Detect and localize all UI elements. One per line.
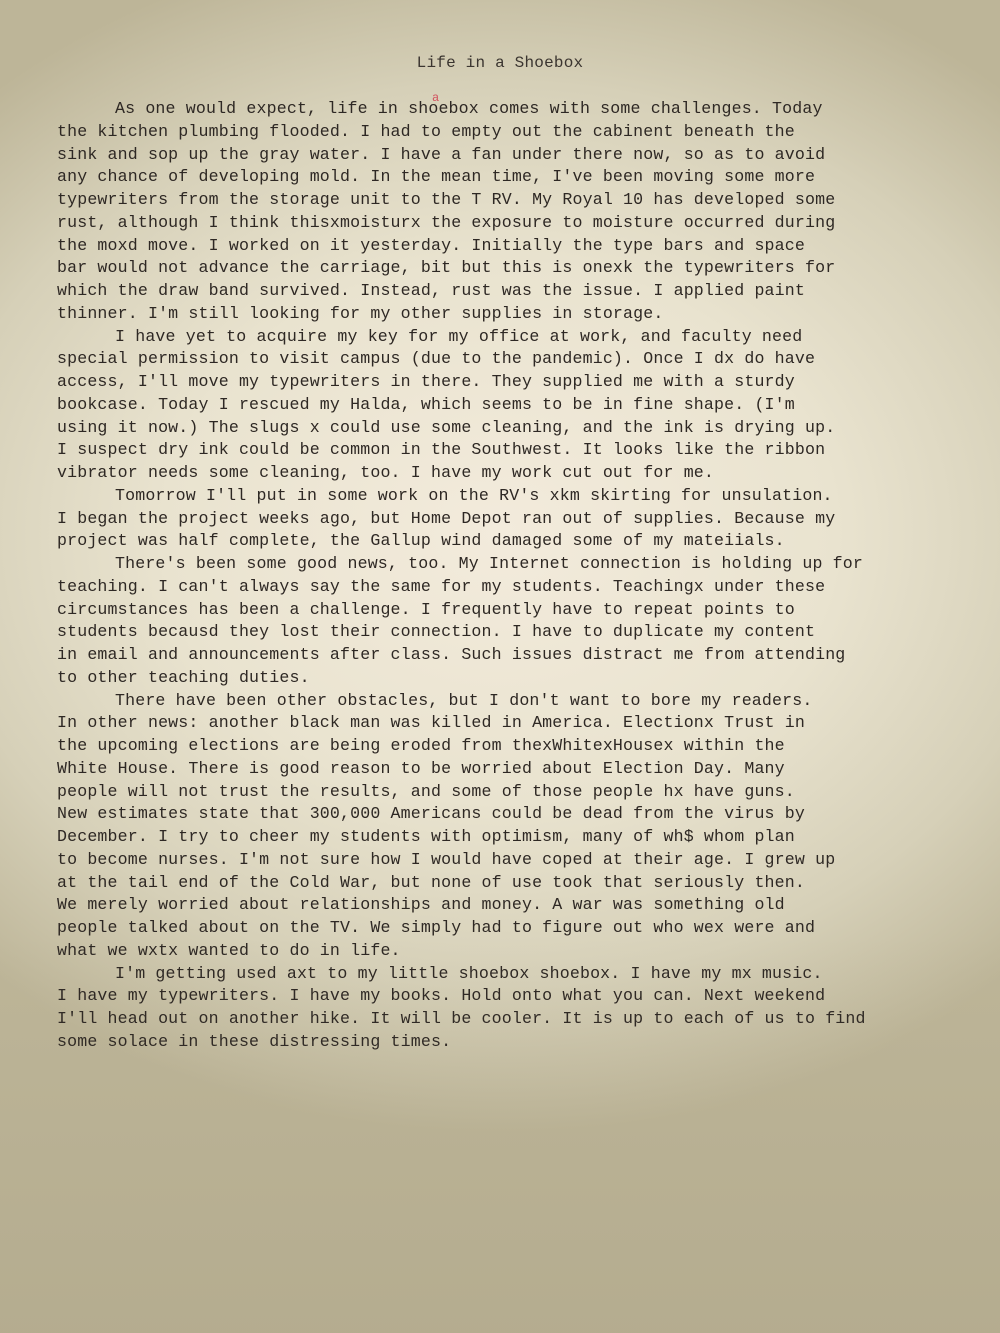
text-line: I'll head out on another hike. It will b… (57, 1008, 977, 1031)
text-line: bookcase. Today I rescued my Halda, whic… (57, 394, 977, 417)
text-line: to other teaching duties. (57, 667, 977, 690)
text-line: in email and announcements after class. … (57, 644, 977, 667)
text-line: We merely worried about relationships an… (57, 894, 977, 917)
text-line: people will not trust the results, and s… (57, 781, 977, 804)
text-line: the upcoming elections are being eroded … (57, 735, 977, 758)
text-line: using it now.) The slugs x could use som… (57, 417, 977, 440)
document-body: As one would expect, life in shoebox com… (57, 98, 977, 1054)
text-line: I'm getting used axt to my little shoebo… (57, 963, 977, 986)
text-line: teaching. I can't always say the same fo… (57, 576, 977, 599)
text-line: rust, although I think thisxmoisturx the… (57, 212, 977, 235)
text-line: the moxd move. I worked on it yesterday.… (57, 235, 977, 258)
text-line: vibrator needs some cleaning, too. I hav… (57, 462, 977, 485)
text-line: thinner. I'm still looking for my other … (57, 303, 977, 326)
text-line: In other news: another black man was kil… (57, 712, 977, 735)
text-line: students becausd they lost their connect… (57, 621, 977, 644)
text-line: the kitchen plumbing flooded. I had to e… (57, 121, 977, 144)
document-title: Life in a Shoebox (0, 54, 1000, 72)
text-line: I have my typewriters. I have my books. … (57, 985, 977, 1008)
typewritten-page: Life in a Shoebox a As one would expect,… (0, 0, 1000, 1333)
text-line: any chance of developing mold. In the me… (57, 166, 977, 189)
text-line: some solace in these distressing times. (57, 1031, 977, 1054)
text-line: New estimates state that 300,000 America… (57, 803, 977, 826)
text-line: project was half complete, the Gallup wi… (57, 530, 977, 553)
text-line: I suspect dry ink could be common in the… (57, 439, 977, 462)
text-line: what we wxtx wanted to do in life. (57, 940, 977, 963)
text-line: people talked about on the TV. We simply… (57, 917, 977, 940)
text-line: circumstances has been a challenge. I fr… (57, 599, 977, 622)
text-line: White House. There is good reason to be … (57, 758, 977, 781)
text-line: I began the project weeks ago, but Home … (57, 508, 977, 531)
text-line: There's been some good news, too. My Int… (57, 553, 977, 576)
text-line: sink and sop up the gray water. I have a… (57, 144, 977, 167)
text-line: I have yet to acquire my key for my offi… (57, 326, 977, 349)
text-line: typewriters from the storage unit to the… (57, 189, 977, 212)
text-line: There have been other obstacles, but I d… (57, 690, 977, 713)
text-line: Tomorrow I'll put in some work on the RV… (57, 485, 977, 508)
text-line: bar would not advance the carriage, bit … (57, 257, 977, 280)
text-line: As one would expect, life in shoebox com… (57, 98, 977, 121)
text-line: to become nurses. I'm not sure how I wou… (57, 849, 977, 872)
text-line: special permission to visit campus (due … (57, 348, 977, 371)
text-line: access, I'll move my typewriters in ther… (57, 371, 977, 394)
text-line: December. I try to cheer my students wit… (57, 826, 977, 849)
text-line: at the tail end of the Cold War, but non… (57, 872, 977, 895)
text-line: which the draw band survived. Instead, r… (57, 280, 977, 303)
